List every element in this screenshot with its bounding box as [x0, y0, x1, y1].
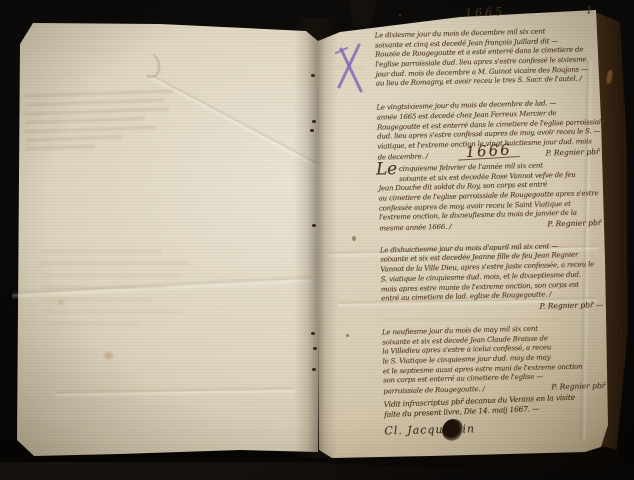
- binding-stitch: [311, 74, 315, 77]
- binding-stitch: [312, 368, 316, 371]
- priest-signature: P. Regnier pbr̃ —: [539, 300, 603, 311]
- entry-line: parroissiale de Rougegoutte. /: [383, 385, 484, 397]
- burial-entry: Le dixhuictiesme jour du mois d'apuril m…: [380, 241, 604, 316]
- year-header: 1665: [465, 5, 506, 20]
- stain: [58, 300, 64, 305]
- burial-entry: Le neufiesme jour du mois de may mil six…: [382, 323, 606, 396]
- ink-speck: [352, 236, 356, 241]
- manuscript-photo: 1665 1 Le dixiesme jour du mois de decem…: [0, 0, 634, 480]
- decorated-initial: Le: [376, 163, 397, 177]
- dean-signature: Cl. Jacquemin: [384, 422, 475, 437]
- priest-signature: P. Regnier pbr̃: [551, 381, 605, 392]
- burial-entry: Lecinquiesme febvrier de l'année mil six…: [378, 160, 602, 233]
- showthrough-text: [43, 310, 183, 313]
- showthrough-text: [40, 262, 190, 265]
- binding-stitch: [312, 224, 316, 227]
- burial-entry: Le dixiesme jour du mois de decembre mil…: [375, 26, 598, 90]
- ink-speck: [346, 334, 349, 337]
- folio-number: 1: [586, 5, 592, 16]
- showthrough-text: [44, 274, 182, 277]
- binding-stitch: [313, 347, 317, 350]
- showthrough-text: [41, 286, 167, 289]
- margin-cross-mark-icon: [334, 42, 368, 98]
- burial-entry: Le vingtsixiesme jour du mois de decembr…: [376, 98, 599, 161]
- binding-stitch: [311, 332, 315, 335]
- mid-year-header: 1666: [457, 145, 520, 160]
- stain: [104, 352, 113, 359]
- register-entries: 1665 1 Le dixiesme jour du mois de decem…: [374, 3, 606, 437]
- entry-line: mesme année 1666. /: [379, 223, 451, 234]
- showthrough-text: [46, 322, 141, 325]
- entry-line: de decembre. /: [378, 152, 428, 163]
- priest-signature: P. Regnier pbr̃: [547, 218, 601, 229]
- priest-signature: P. Regnier pbr̃: [545, 147, 599, 158]
- showthrough-text: [42, 250, 162, 253]
- binding-stitch: [310, 129, 314, 132]
- binding-stitch: [312, 120, 316, 123]
- page-header: 1665 1: [374, 3, 596, 23]
